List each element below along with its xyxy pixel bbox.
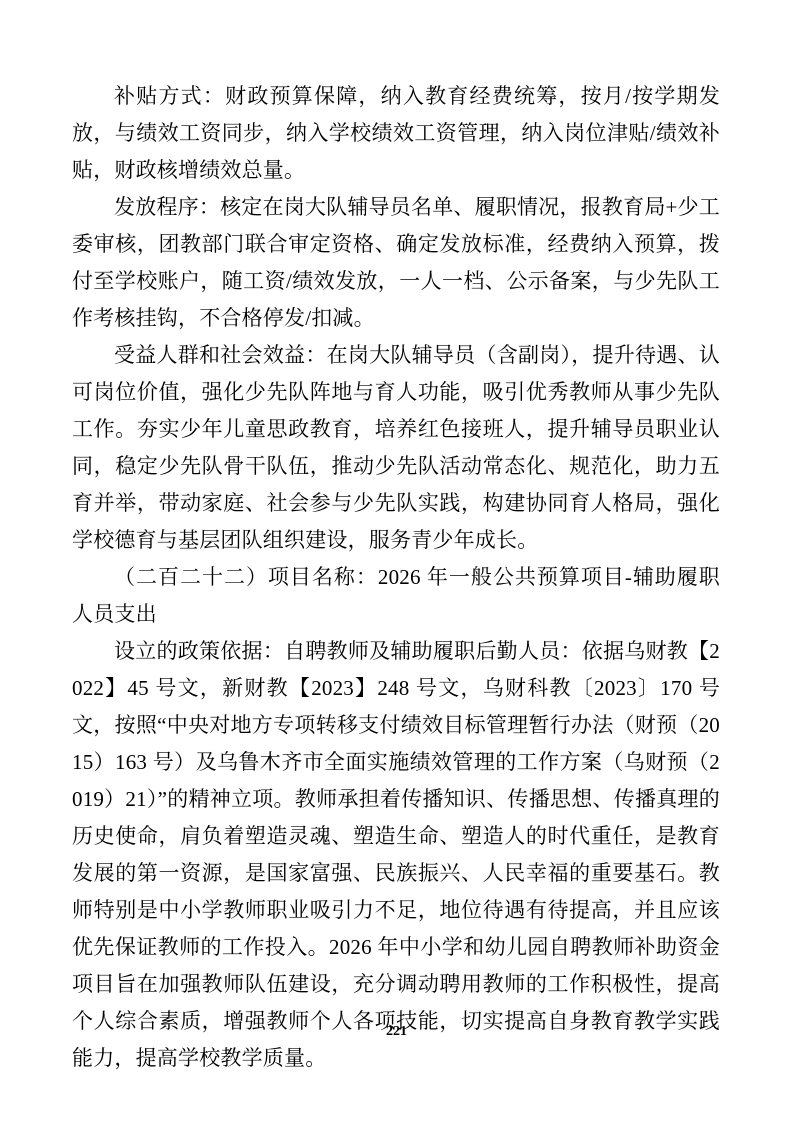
paragraph-policy-basis: 设立的政策依据：自聘教师及辅助履职后勤人员：依据乌财教【2022】45 号文，新… bbox=[72, 633, 720, 1077]
paragraph-payment-procedure: 发放程序：核定在岗大队辅导员名单、履职情况，报教育局+少工委审核，团教部门联合审… bbox=[72, 189, 720, 337]
document-body: 补贴方式：财政预算保障，纳入教育经费统筹，按月/按学期发放，与绩效工资同步，纳入… bbox=[72, 78, 720, 1077]
page-footer: 221 bbox=[0, 1022, 793, 1040]
paragraph-beneficiaries-social-benefit: 受益人群和社会效益：在岗大队辅导员（含副岗），提升待遇、认可岗位价值，强化少先队… bbox=[72, 337, 720, 559]
paragraph-project-name: （二百二十二）项目名称：2026 年一般公共预算项目-辅助履职人员支出 bbox=[72, 559, 720, 633]
document-page: 补贴方式：财政预算保障，纳入教育经费统筹，按月/按学期发放，与绩效工资同步，纳入… bbox=[0, 0, 793, 1122]
paragraph-subsidy-method: 补贴方式：财政预算保障，纳入教育经费统筹，按月/按学期发放，与绩效工资同步，纳入… bbox=[72, 78, 720, 189]
page-number: 221 bbox=[386, 1024, 407, 1039]
